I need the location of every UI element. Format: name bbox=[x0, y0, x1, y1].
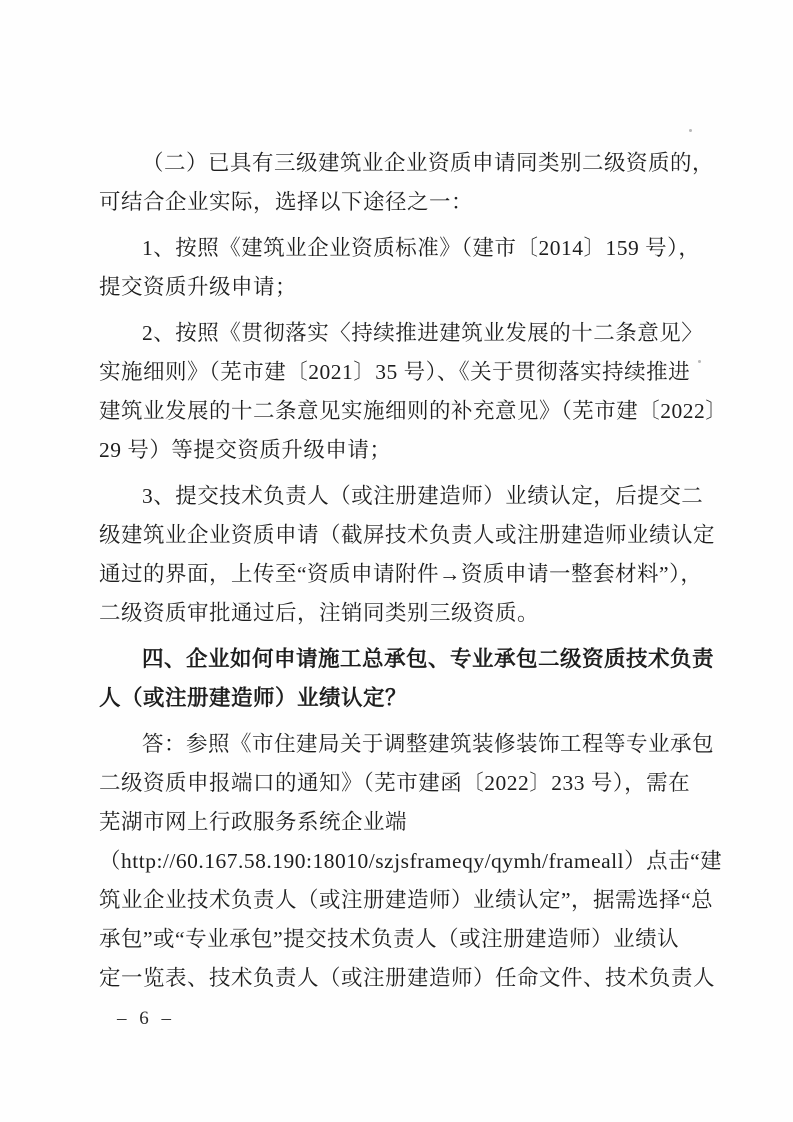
answer-4: 答：参照《市住建局关于调整建筑装修装饰工程等专业承包二级资质申报端口的通知》（芜… bbox=[99, 725, 711, 998]
text-line: 人（或注册建造师）业绩认定？ bbox=[99, 679, 711, 718]
text-line: 二级资质申报端口的通知》（芜市建函〔2022〕233 号），需在 bbox=[99, 764, 711, 803]
text-line: 通过的界面，上传至“资质申请附件→资质申请一整套材料”）， bbox=[99, 555, 711, 594]
text-line: 29 号）等提交资质升级申请； bbox=[99, 431, 711, 470]
text-line: 可结合企业实际，选择以下途径之一： bbox=[99, 183, 711, 222]
text-line: 答：参照《市住建局关于调整建筑装修装饰工程等专业承包 bbox=[99, 725, 711, 764]
text-line: 建筑业发展的十二条意见实施细则的补充意见》（芜市建〔2022〕 bbox=[99, 392, 711, 431]
scanner-speck bbox=[698, 360, 701, 363]
text-line: 实施细则》（芜市建〔2021〕35 号）、《关于贯彻落实持续推进 bbox=[99, 353, 711, 392]
page-footer: – 6 – bbox=[117, 1004, 175, 1034]
text-line: 承包”或“专业承包”提交技术负责人（或注册建造师）业绩认 bbox=[99, 920, 711, 959]
scanner-speck bbox=[689, 129, 692, 132]
text-line: 级建筑业企业资质申请（截屏技术负责人或注册建造师业绩认定 bbox=[99, 516, 711, 555]
text-line: （http://60.167.58.190:18010/szjsframeqy/… bbox=[99, 842, 711, 881]
page-number: – 6 – bbox=[117, 1008, 175, 1029]
text-line: 筑业企业技术负责人（或注册建造师）业绩认定”，据需选择“总 bbox=[99, 881, 711, 920]
text-line: 四、企业如何申请施工总承包、专业承包二级资质技术负责 bbox=[99, 640, 711, 679]
question-4-heading: 四、企业如何申请施工总承包、专业承包二级资质技术负责人（或注册建造师）业绩认定？ bbox=[99, 640, 711, 718]
text-line: 提交资质升级申请； bbox=[99, 268, 711, 307]
item-2-intro: （二）已具有三级建筑业企业资质申请同类别二级资质的，可结合企业实际，选择以下途径… bbox=[99, 144, 711, 222]
text-line: 定一览表、技术负责人（或注册建造师）任命文件、技术负责人 bbox=[99, 959, 711, 998]
document-body: （二）已具有三级建筑业企业资质申请同类别二级资质的，可结合企业实际，选择以下途径… bbox=[99, 144, 711, 1005]
option-3: 3、提交技术负责人（或注册建造师）业绩认定，后提交二级建筑业企业资质申请（截屏技… bbox=[99, 477, 711, 633]
text-line: 2、按照《贯彻落实〈持续推进建筑业发展的十二条意见〉 bbox=[99, 314, 711, 353]
text-line: 芜湖市网上行政服务系统企业端 bbox=[99, 803, 711, 842]
option-1: 1、按照《建筑业企业资质标准》（建市〔2014〕159 号），提交资质升级申请； bbox=[99, 229, 711, 307]
text-line: 3、提交技术负责人（或注册建造师）业绩认定，后提交二 bbox=[99, 477, 711, 516]
document-page: （二）已具有三级建筑业企业资质申请同类别二级资质的，可结合企业实际，选择以下途径… bbox=[0, 0, 793, 1122]
text-line: 1、按照《建筑业企业资质标准》（建市〔2014〕159 号）， bbox=[99, 229, 711, 268]
option-2: 2、按照《贯彻落实〈持续推进建筑业发展的十二条意见〉实施细则》（芜市建〔2021… bbox=[99, 314, 711, 470]
text-line: （二）已具有三级建筑业企业资质申请同类别二级资质的， bbox=[99, 144, 711, 183]
text-line: 二级资质审批通过后，注销同类别三级资质。 bbox=[99, 594, 711, 633]
